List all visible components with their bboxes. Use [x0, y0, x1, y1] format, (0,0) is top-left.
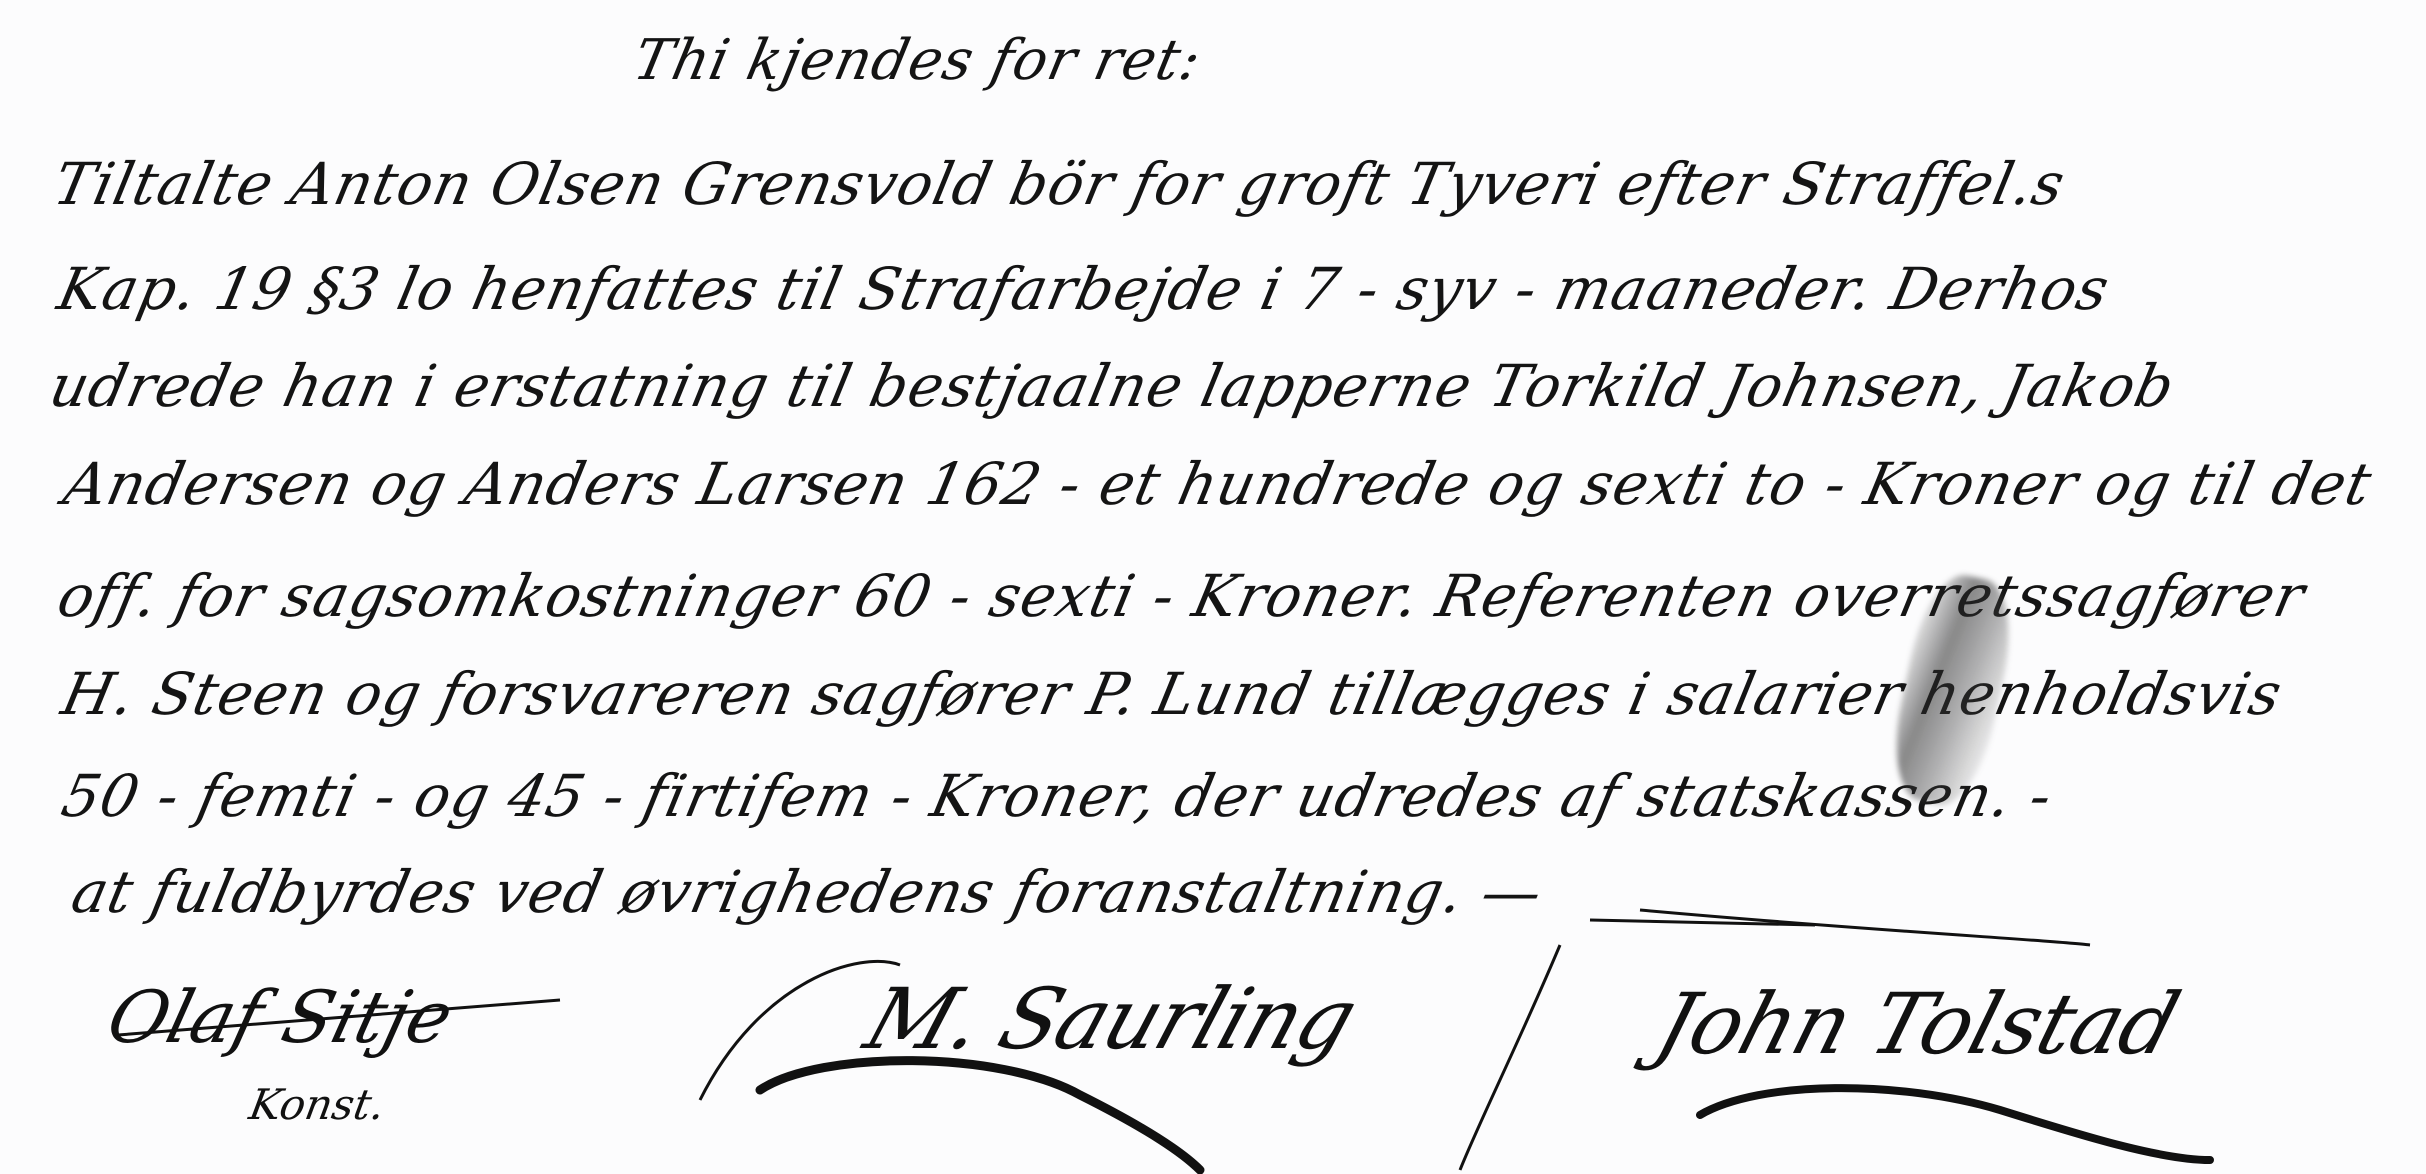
- document-heading: Thi kjendes for ret:: [628, 28, 1207, 93]
- text-line-1: Tiltalte Anton Olsen Grensvold bör for g…: [48, 150, 2071, 218]
- text-line-3: udrede han i erstatning til bestjaalne l…: [44, 352, 2181, 420]
- text-line-7: 50 - femti - og 45 - firtifem - Kroner, …: [56, 762, 2059, 830]
- signature-saurling: M. Saurling: [854, 970, 1367, 1068]
- text-line-2: Kap. 19 §3 lo henfattes til Strafarbejde…: [52, 255, 2116, 323]
- signature-olaf-sitje: Olaf Sitje: [100, 975, 462, 1059]
- signature-tolstad: John Tolstad: [1646, 975, 2189, 1073]
- document-page: Thi kjendes for ret: Tiltalte Anton Olse…: [0, 0, 2426, 1174]
- signature-title-konst: Konst.: [246, 1080, 389, 1129]
- text-line-8: at fuldbyrdes ved øvrighedens foranstalt…: [66, 858, 1549, 926]
- text-line-4: Andersen og Anders Larsen 162 - et hundr…: [58, 450, 2378, 518]
